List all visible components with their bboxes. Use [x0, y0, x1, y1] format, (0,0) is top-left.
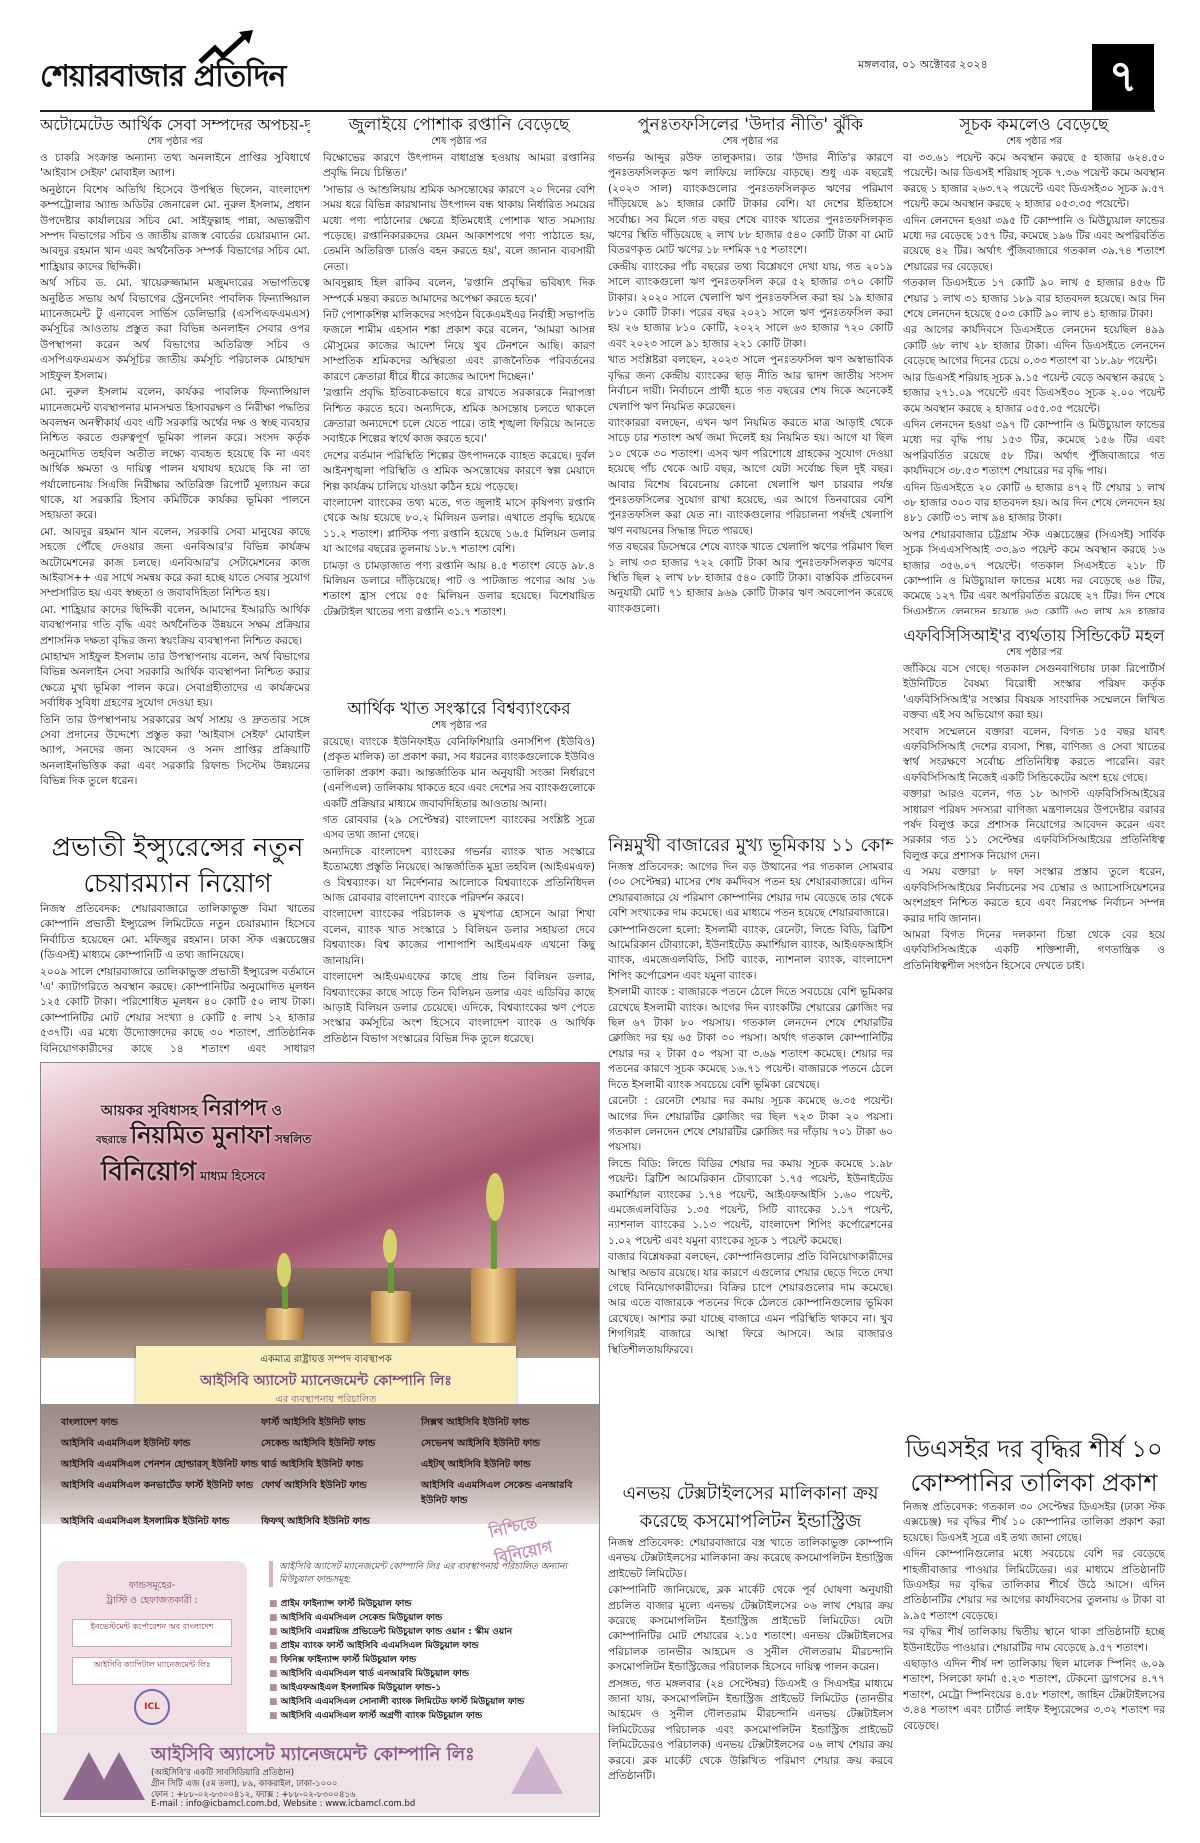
paragraph: ইসলামী ব্যাংক : বাজারকে পতনে ঠেলে দিতে স… [608, 985, 893, 1093]
paragraph: নিজস্ব প্রতিবেদক: শেয়ারবাজারে বস্ত্র খা… [608, 1536, 893, 1582]
paragraph: মো. আবদুর রহমান খান বলেন, সরকারি সেবা মা… [40, 525, 310, 602]
paragraph: মোহাম্মদ সাইফুল ইসলাম তার উপস্থাপনায় বল… [40, 650, 310, 712]
list-item: প্রাইম ব্যাংক ফার্স্ট আইসিবি এএমসিএল মিউ… [269, 1639, 589, 1653]
continued-label: শেষ পৃষ্ঠার পর [323, 720, 595, 732]
fund-item: ফার্স্ট আইসিবি ইউনিট ফান্ড [261, 1416, 421, 1431]
paragraph: অনুষ্ঠানে বিশেষ অতিথি হিসেবে উপস্থিত ছিল… [40, 183, 310, 275]
headline[interactable]: অটোমেটেড আর্থিক সেবা সম্পদের অপচয়-দুর্ন… [40, 114, 310, 136]
paragraph: নিজস্ব প্রতিবেদক: গতকাল ৩০ সেপ্টেম্বর ডি… [903, 1500, 1165, 1546]
paragraph: এর আগের কার্যদিবসে ডিএসইতে লেনদেন হয়েছি… [903, 323, 1165, 369]
headline-line-1[interactable]: প্রভাতী ইন্স্যুরেন্সের নতুন [40, 830, 315, 866]
icb-amcl-advertisement[interactable]: আয়কর সুবিধাসহ নিরাপদ ও বছরান্তে নিয়মিত… [40, 1062, 600, 1817]
paragraph: গত রোববার (২৯ সেপ্টেম্বর) বাংলাদেশ ব্যাং… [323, 813, 595, 844]
paragraph: তিনি তার উপস্থাপনায় সরকারের অর্থ সাশ্রয… [40, 713, 310, 790]
masthead: শেয়ারবাজার প্রতিদিন [40, 40, 1165, 112]
paragraph: কেন্দ্রীয় ব্যাংকের পাঁচ বছরের তথ্য বিশ্… [608, 260, 893, 352]
list-item: আইসিবি এএমসিএল থার্ড এনআরবি মিউচুয়াল ফা… [269, 1667, 589, 1681]
fund-item: আইসিবি এএমসিএল ইসলামিক ইউনিট ফান্ড [61, 1515, 261, 1530]
paragraph: অন্যদিকে বাংলাদেশ ব্যাংকের গভর্নর ব্যাংক… [323, 845, 595, 907]
list-item: ফিনিক্স ফাইন্যান্স ফার্স্ট মিউচুয়াল ফান… [269, 1653, 589, 1667]
paragraph: আমরা বিগত দিনের দলকানা চিন্তা থেকে বের হ… [903, 928, 1165, 974]
paragraph: ২০০৯ সালে শেয়ারবাজারে তালিকাভুক্ত প্রভা… [40, 965, 315, 1055]
paragraph: অপর শেয়ারবাজার চট্টগ্রাম স্টক এক্সচেঞ্জ… [903, 528, 1165, 614]
paragraph: এদিন ডিএসইতে ২০ কোটি ৬ হাজার ৪৭২ টি শেয়… [903, 481, 1165, 527]
article-index: সূচক কমলেও বেড়েছে শেষ পৃষ্ঠার পর বা ৩৩.… [903, 114, 1165, 614]
fund-item: ফোর্থ আইসিবি ইউনিট ফান্ড [261, 1479, 421, 1509]
headline[interactable]: জুলাইয়ে পোশাক রপ্তানি বেড়েছে [323, 114, 595, 136]
mountain-icon [511, 1746, 563, 1794]
paragraph: এদিন লেনদেন হওয়া ৩৯৭ টি কোম্পানি ও মিউচ… [903, 418, 1165, 480]
paragraph: দর বৃদ্ধির শীর্ষ তালিকায় দ্বিতীয় স্থান… [903, 1625, 1165, 1656]
seal-icon: ICL [134, 1689, 170, 1725]
list-item: আইসিবি এএমসিএল সেকেন্ড মিউচুয়াল ফান্ড [269, 1611, 589, 1625]
headline[interactable]: এফবিসিসিআই'র ব্যর্থতায় সিন্ডিকেট মহল [903, 625, 1165, 647]
ad-footer: আইসিবি অ্যাসেট ম্যানেজমেন্ট কোম্পানি লিঃ… [41, 1733, 599, 1813]
continued-label: শেষ পৃষ্ঠার পর [903, 136, 1165, 148]
headline[interactable]: নিম্নমুখী বাজারের মুখ্য ভূমিকায় ১১ কোম্… [608, 832, 893, 860]
paragraph: 'রপ্তানি প্রবৃদ্ধি ইতিবাচকভাবে ধরে রাখতে… [323, 386, 595, 448]
dateline: মঙ্গলবার, ০১ অক্টোবর ২০২৪ [858, 56, 988, 75]
unit-funds-grid: বাংলাদেশ ফান্ড ফার্স্ট আইসিবি ইউনিট ফান্… [41, 1404, 599, 1524]
article-dse-top10: ডিএসইর দর বৃদ্ধির শীর্ষ ১০ কোম্পানির তাল… [903, 1432, 1165, 1822]
headline-line-2[interactable]: চেয়ারম্যান নিয়োগ [40, 866, 315, 902]
headline[interactable]: পুনঃতফসিলের 'উদার নীতি' ঝুঁকি [608, 114, 893, 136]
paragraph: খাত সংশ্লিষ্টরা বলছেন, ২০২৩ সালে পুনঃতফস… [608, 353, 893, 415]
masthead-rule [40, 110, 1155, 112]
headline-line-2[interactable]: করেছে কসমোপলিটন ইন্ডাস্ট্রিজ [608, 1508, 893, 1536]
article-rescheduling: পুনঃতফসিলের 'উদার নীতি' ঝুঁকি শেষ পৃষ্ঠা… [608, 114, 893, 824]
paragraph: মো. শাহ্রিয়ার কাদের ছিদ্দিকী বলেন, আমাদ… [40, 603, 310, 649]
ad-sticky-note: একমাত্র রাষ্ট্রায়ত্ত সম্পদ ব্যবস্থাপক আ… [136, 1346, 516, 1404]
fund-item: আইসিবি এএমসিএল পেনশন হোল্ডারস্ ইউনিট ফান… [61, 1458, 261, 1473]
fund-item: আইসিবি এএমসিএল কনভার্টেড ফার্স্ট ইউনিট ফ… [61, 1479, 261, 1509]
article-eleven-companies: নিম্নমুখী বাজারের মুখ্য ভূমিকায় ১১ কোম্… [608, 832, 893, 1472]
paragraph: মো. নুরুল ইসলাম বলেন, কার্যকর পাবলিক ফিন… [40, 385, 310, 524]
coin-stack-icon [266, 1308, 304, 1340]
paragraph: নিট পোশাকশিল্প মালিকদের সংগঠন বিকেএমইএর … [323, 308, 595, 385]
paragraph: অর্থ সচিব ড. মো. খায়েরুজ্জামান মজুমদারে… [40, 276, 310, 384]
fund-item: সেভেনথ আইসিবি ইউনিট ফান্ড [421, 1437, 581, 1452]
headline-line-2[interactable]: কোম্পানির তালিকা প্রকাশ [903, 1466, 1165, 1500]
fund-item: বাংলাদেশ ফান্ড [61, 1416, 261, 1431]
paragraph: বা ৩৩.৬১ পয়েন্ট কমে অবস্থান করছে ৫ হাজা… [903, 151, 1165, 213]
paragraph: সংবাদ সম্মেলনে বক্তারা বলেন, বিগত ১৫ বছর… [903, 725, 1165, 787]
paragraph: কোম্পানিটি জানিয়েছে, ব্লক মার্কেট থেকে … [608, 1583, 893, 1675]
ad-tagline-3: বিনিয়োগ মাধ্যম হিসেবে [101, 1151, 266, 1195]
paragraph: বাজার বিশ্লেষকরা বলছেন, কোম্পানিগুলোর প্… [608, 1250, 893, 1358]
headline-line-1[interactable]: ডিএসইর দর বৃদ্ধির শীর্ষ ১০ [903, 1432, 1165, 1466]
list-header: আইসিবি অ্যাসেট ম্যানেজমেন্ট কোম্পানি লিঃ… [269, 1561, 589, 1587]
amcl-logo-icon [93, 1752, 145, 1800]
paragraph: বক্তারা আরও বলেন, গত ১৮ আগস্ট এফবিসিসিআই… [903, 787, 1165, 864]
article-fbcci: এফবিসিসিআই'র ব্যর্থতায় সিন্ডিকেট মহল শে… [903, 625, 1165, 1425]
mutual-funds-list: আইসিবি অ্যাসেট ম্যানেজমেন্ট কোম্পানি লিঃ… [269, 1561, 589, 1723]
coin-stack-icon [471, 1268, 516, 1343]
list-item: প্রাইম ফাইন্যান্স ফার্স্ট মিউচুয়াল ফান্… [269, 1597, 589, 1611]
headline-line-1[interactable]: এনভয় টেক্সটাইলসের মালিকানা ক্রয় [608, 1480, 893, 1508]
paragraph: বাংলাদেশ ব্যাংকের পরিচালক ও মুখপাত্র হোস… [323, 907, 595, 969]
continued-label: শেষ পৃষ্ঠার পর [903, 647, 1165, 659]
fund-item: এইটথ্ আইসিবি ইউনিট ফান্ড [421, 1458, 581, 1473]
paragraph: বিক্ষোভের কারণে উৎপাদন বাধাগ্রস্ত হওয়ায… [323, 151, 595, 182]
paragraph: এদিন কোম্পানিগুলোর মধ্যে সবচেয়ে বেশি দর… [903, 1547, 1165, 1624]
paragraph: আর ডিএসই শরিয়াহ সূচক ৯.১৫ পয়েন্ট বেড়ে… [903, 371, 1165, 417]
paragraph: প্রসঙ্গত, গত মঙ্গলবার (২৪ সেপ্টেম্বর) ডি… [608, 1677, 893, 1785]
paragraph: ও চাকরি সংক্রান্ত অন্যান্য তথ্য অনলাইনে … [40, 151, 310, 182]
paragraph: জাঁকিয়ে বসে গেছে। গতকাল সেগুনবাগিচায় ঢ… [903, 662, 1165, 724]
paragraph: নিজস্ব প্রতিবেদক: আগের দিন বড় উত্থানের … [608, 860, 893, 922]
list-item: আইসিবি এএমসিএল সোনালী ব্যাংক লিমিটেড ফার… [269, 1695, 589, 1709]
icml-logo: আইসিবি ক্যাপিটাল ম্যানেজমেন্ট লিঃ [72, 1657, 232, 1685]
paragraph: 'সাভার ও আশুলিয়ায় শ্রমিক অসন্তোষের কার… [323, 183, 595, 275]
headline[interactable]: সূচক কমলেও বেড়েছে [903, 114, 1165, 136]
paragraph: গত বছরের ডিসেম্বরে শেষে ব্যাংক খাতে খেলা… [608, 540, 893, 617]
fund-item: সিক্সথ আইসিবি ইউনিট ফান্ড [421, 1416, 581, 1431]
paragraph: নিজস্ব প্রতিবেদক: শেয়ারবাজারে তালিকাভুক… [40, 902, 315, 964]
continued-label: শেষ পৃষ্ঠার পর [40, 136, 310, 148]
paragraph: এ সময় বক্তারা ৮ দফা সংস্কার প্রস্তাব তু… [903, 865, 1165, 927]
paragraph: এদিন লেনদেন হওয়া ৩৯৫ টি কোম্পানি ও মিউচ… [903, 214, 1165, 276]
article-envoy-textiles: এনভয় টেক্সটাইলসের মালিকানা ক্রয় করেছে … [608, 1480, 893, 1820]
paragraph: কোম্পানিগুলো হলো: ইসলামী ব্যাংক, রেনেটা,… [608, 923, 893, 985]
leaf-icon [486, 1173, 504, 1221]
paragraph: গতকাল ডিএসইতে ১৭ কোটি ৯০ লাখ ৫ হাজার ৪৫৬… [903, 276, 1165, 322]
trustee-box: ফান্ডসমূহের- ট্রাস্টি ও হেফাজতকারী : ইনভ… [57, 1561, 247, 1746]
continued-label: শেষ পৃষ্ঠার পর [323, 136, 595, 148]
leaf-icon [277, 1253, 291, 1287]
paragraph: রয়েছে। ব্যাংকে ইউনিফাইড বেনিফিশিয়ারি ও… [323, 735, 595, 812]
page-number: ৭ [1092, 44, 1154, 112]
article-pragati-insurance: প্রভাতী ইন্স্যুরেন্সের নতুন চেয়ারম্যান … [40, 830, 315, 1055]
paragraph: বাংলাদেশ আইএমএফের কাছে প্রায় তিন বিলিয়… [323, 970, 595, 1047]
paragraph: চামড়া ও চামড়াজাত পণ্য রপ্তানি আয় ৪.৫ … [323, 559, 595, 621]
article-automated-services: অটোমেটেড আর্থিক সেবা সম্পদের অপচয়-দুর্ন… [40, 114, 310, 794]
article-garments-export: জুলাইয়ে পোশাক রপ্তানি বেড়েছে শেষ পৃষ্ঠ… [323, 114, 595, 684]
fund-item: আইসিবি এএমসিএল ইউনিট ফান্ড [61, 1437, 261, 1452]
paragraph: ব্যাংকাররা বলছেন, এখন ঋণ নিয়মিত করতে মা… [608, 416, 893, 539]
fund-item: ফিফথ্ আইসিবি ইউনিট ফান্ড [261, 1515, 421, 1530]
coin-stack-icon [371, 1291, 411, 1343]
article-world-bank: আর্থিক খাত সংস্কারে বিশ্বব্যাংকের শেষ পৃ… [323, 698, 595, 1053]
fund-item: সেকেন্ড আইসিবি ইউনিট ফান্ড [261, 1437, 421, 1452]
paragraph: বাংলাদেশ ব্যাংকের তথ্য মতে, গত জুলাই মাস… [323, 496, 595, 558]
paragraph: রেনেটা : রেনেটা শেয়ার দর কমায় সূচক কমে… [608, 1094, 893, 1156]
headline[interactable]: আর্থিক খাত সংস্কারে বিশ্বব্যাংকের [323, 698, 595, 720]
icb-logo: ইনভেস্টমেন্ট কর্পোরেশন অব বাংলাদেশ [72, 1619, 232, 1647]
continued-label: শেষ পৃষ্ঠার পর [608, 136, 893, 148]
newspaper-logo[interactable]: শেয়ারবাজার প্রতিদিন [40, 52, 285, 103]
fund-item: থার্ড আইসিবি ইউনিট ফান্ড [261, 1458, 421, 1473]
paragraph: লিন্ডে বিডি: লিন্ডে বিডির শেয়ার দর কমায… [608, 1157, 893, 1249]
paragraph: আবদুল্লাহ হিল রাকিব বলেন, 'রপ্তানি প্রবৃ… [323, 276, 595, 307]
paragraph: দেশের বর্তমান পরিস্থিতি শিল্পের উৎপাদনকে… [323, 449, 595, 495]
list-item: আইএফআইএল ইসলামিক মিউচুয়াল ফান্ড-১ [269, 1681, 589, 1695]
paragraph: এছাড়াও এদিন শীর্ষ দশ তালিকায় ছিল মালেক… [903, 1657, 1165, 1734]
footer-contact-link[interactable]: E-mail : info@icbamcl.com.bd, Website : … [151, 1799, 415, 1809]
list-item: আইসিবি এমপ্লয়িজ প্রভিডেন্ট মিউচুয়াল ফা… [269, 1625, 589, 1639]
leaf-icon [383, 1229, 397, 1263]
list-item: আইসিবি এএমসিএল ফার্স্ট অগ্রণী ব্যাংক মিউ… [269, 1709, 589, 1723]
paragraph: গভর্নর আব্দুর রউফ তালুকদার। তার 'উদার নী… [608, 151, 893, 259]
